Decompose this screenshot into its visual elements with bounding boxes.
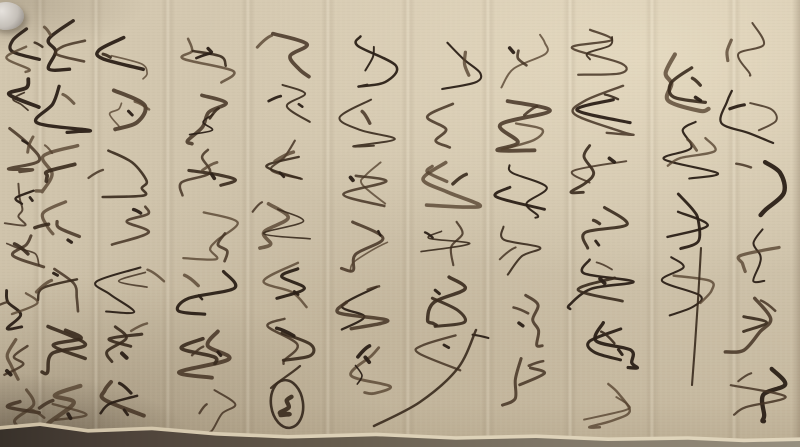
brush-stroke — [218, 352, 221, 355]
calligraphy-column-8 — [177, 39, 237, 434]
brush-stroke — [351, 178, 353, 181]
brush-stroke — [89, 170, 104, 178]
calligraphy-column-7 — [253, 34, 314, 430]
brush-stroke — [678, 194, 700, 249]
brush-stroke — [183, 212, 237, 259]
brush-stroke — [500, 247, 516, 259]
brush-stroke — [664, 122, 719, 179]
brush-stroke — [358, 346, 370, 357]
brush-stroke — [503, 359, 522, 406]
brush-stroke — [572, 161, 627, 182]
brush-stroke — [738, 373, 751, 381]
brush-stroke — [177, 272, 235, 315]
brush-stroke — [57, 222, 80, 237]
brush-stroke — [267, 319, 297, 364]
calligraphy-strokes — [0, 0, 800, 447]
brush-stroke — [362, 111, 370, 123]
brush-stroke — [442, 43, 481, 89]
brush-stroke — [432, 298, 465, 326]
brush-stroke — [343, 176, 386, 206]
brush-stroke — [662, 257, 702, 315]
calligraphy-column-5 — [374, 43, 488, 426]
brush-stroke — [129, 111, 133, 115]
brush-stroke — [435, 290, 439, 294]
brush-stroke — [444, 345, 449, 348]
brush-stroke — [342, 287, 377, 330]
brush-stroke — [148, 270, 165, 282]
brush-stroke — [277, 269, 305, 299]
brush-stroke — [122, 353, 127, 357]
brush-stroke — [280, 397, 292, 415]
calligraphy-paper — [0, 0, 800, 447]
calligraphy-column-6 — [337, 36, 397, 393]
calligraphy-column-4 — [495, 35, 550, 405]
brush-stroke — [68, 414, 70, 418]
calligraphy-column-9 — [89, 38, 165, 416]
brush-stroke — [55, 41, 85, 62]
brush-stroke — [520, 368, 545, 385]
brush-stroke — [12, 293, 38, 314]
brush-stroke — [120, 383, 132, 393]
brush-stroke — [182, 39, 235, 83]
brush-stroke — [68, 240, 71, 242]
brush-stroke — [339, 100, 394, 147]
brush-stroke — [730, 105, 744, 109]
brush-stroke — [526, 295, 543, 346]
calligraphy-photo: 寓目囊箱 易輶攸畏 屬耳垣牆 具膳餐飯 適口充腸 飽飫烹 親戚故舊 老少異糧 妾… — [0, 0, 800, 447]
brush-stroke — [283, 85, 310, 122]
brush-stroke — [514, 308, 529, 314]
brush-stroke — [573, 86, 634, 135]
brush-stroke — [212, 175, 214, 179]
brush-stroke — [750, 103, 777, 130]
brush-stroke — [134, 210, 141, 214]
brush-stroke — [8, 129, 39, 172]
brush-stroke — [529, 361, 543, 366]
brush-stroke — [103, 151, 147, 197]
brush-stroke — [30, 198, 32, 201]
brush-stroke — [356, 36, 398, 86]
brush-stroke — [720, 91, 773, 143]
brush-stroke — [619, 350, 623, 355]
brush-stroke — [605, 95, 618, 100]
brush-stroke — [273, 34, 309, 77]
brush-stroke — [519, 323, 523, 326]
brush-stroke — [692, 78, 700, 85]
brush-stroke — [597, 262, 612, 269]
brush-stroke — [337, 302, 388, 329]
brush-stroke — [572, 30, 627, 75]
brush-stroke — [63, 94, 74, 103]
brush-stroke — [0, 302, 8, 309]
brush-stroke — [40, 401, 53, 409]
brush-stroke — [501, 227, 540, 275]
brush-stroke — [668, 212, 708, 237]
brush-stroke — [589, 384, 630, 428]
brush-stroke — [181, 339, 217, 364]
brush-stroke — [6, 291, 21, 330]
brush-stroke — [196, 53, 210, 58]
brush-stroke — [299, 104, 303, 107]
calligraphy-column-1 — [720, 23, 785, 421]
brush-stroke — [208, 49, 211, 53]
brush-stroke — [451, 222, 463, 265]
brush-stroke — [95, 268, 140, 314]
brush-stroke — [517, 51, 526, 66]
brush-stroke — [501, 35, 548, 88]
brush-stroke — [35, 43, 43, 47]
brush-stroke — [54, 273, 58, 275]
brush-stroke — [761, 162, 785, 215]
brush-stroke — [202, 390, 235, 434]
brush-stroke — [583, 208, 628, 249]
brush-stroke — [609, 158, 614, 162]
brush-stroke — [692, 248, 701, 385]
brush-stroke — [495, 187, 545, 209]
calligraphy-column-3 — [568, 30, 637, 428]
brush-stroke — [738, 23, 764, 76]
brush-stroke — [185, 275, 199, 286]
brush-stroke — [44, 27, 50, 35]
brush-stroke — [253, 202, 262, 212]
brush-stroke — [427, 104, 453, 147]
brush-stroke — [596, 241, 599, 245]
calligraphy-column-10 — [35, 21, 91, 430]
brush-stroke — [257, 36, 271, 48]
brush-stroke — [736, 164, 751, 168]
brush-stroke — [594, 220, 600, 223]
brush-stroke — [260, 204, 288, 248]
brush-stroke — [351, 348, 391, 394]
calligraphy-column-11 — [0, 29, 56, 447]
brush-stroke — [112, 207, 149, 245]
brush-stroke — [131, 323, 147, 331]
brush-stroke — [510, 48, 514, 52]
brush-stroke — [187, 95, 226, 143]
brush-stroke — [110, 103, 122, 126]
brush-stroke — [200, 404, 207, 413]
brush-stroke — [428, 277, 466, 325]
brush-stroke — [269, 96, 281, 101]
brush-stroke — [753, 229, 764, 282]
brush-stroke — [453, 174, 466, 184]
brush-stroke — [416, 335, 461, 370]
brush-stroke — [7, 371, 11, 375]
calligraphy-column-2 — [662, 54, 718, 385]
brush-stroke — [103, 54, 110, 57]
brush-stroke — [119, 272, 147, 287]
brush-stroke — [10, 29, 39, 60]
brush-stroke — [727, 40, 731, 61]
